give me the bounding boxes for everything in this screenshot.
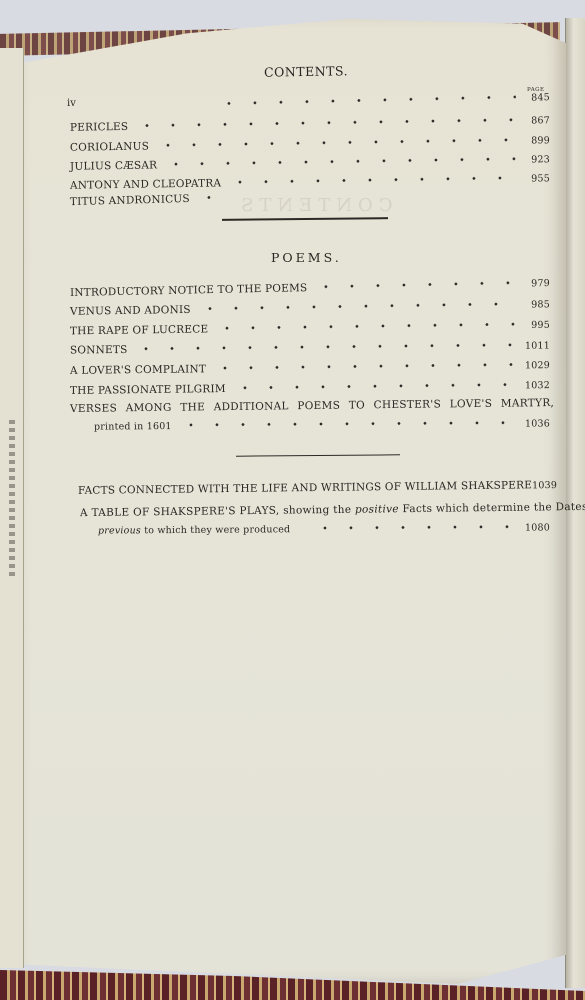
leader-dots [313,279,516,291]
entry-title: THE PASSIONATE PILGRIM [70,383,226,397]
entry-page: 1036 [522,418,550,429]
leader-dots [155,136,516,150]
entry-subtitle-italic: previous [98,525,141,536]
toc-entry-table[interactable]: previous to which they were produced 108… [98,522,550,541]
entry-page: 985 [522,299,550,310]
toc-entry[interactable]: PERICLES 867 [70,114,550,138]
entry-page: 979 [522,278,550,290]
toc-entry[interactable]: TITUS ANDRONICUS [70,192,230,212]
leader-dots [212,360,516,372]
entry-page: 1080 [522,522,550,533]
entry-page: 955 [522,173,550,184]
section-heading-poems: POEMS. [271,250,342,265]
entry-title: ANTONY AND CLEOPATRA [70,177,221,191]
toc-entry-facts[interactable]: FACTS CONNECTED WITH THE LIFE AND WRITIN… [78,479,550,501]
entry-page: 1032 [522,380,550,391]
entry-title: VENUS AND ADONIS [70,304,191,318]
entry-title-caps: A TABLE OF SHAKSPERE'S PLAYS, [80,505,280,519]
entry-title: PERICLES [70,121,128,134]
toc-entry-verses[interactable]: printed in 1601 1036 [94,418,550,437]
toc-entry[interactable]: A LOVER'S COMPLAINT 1029 [70,359,550,381]
entry-title-italic: positive [355,503,399,516]
leader-dots [134,116,516,130]
entry-title-text: Facts which determine the Dates [399,501,585,515]
section-divider [222,217,388,220]
entry-page: 1011 [522,340,550,351]
toc-entry[interactable]: 845 [210,92,550,116]
entry-page: 923 [522,154,550,165]
leader-dots [178,419,516,429]
toc-entry[interactable]: ANTONY AND CLEOPATRA 955 [70,172,550,196]
entry-title: THE RAPE OF LUCRECE [70,323,208,337]
show-through-text: CONTENTS [235,195,393,216]
leader-dots [133,341,516,353]
leader-dots [227,174,516,187]
entry-page: 867 [522,115,550,126]
roman-page-number: iv [67,98,76,109]
toc-entry[interactable]: VENUS AND ADONIS 985 [70,298,550,322]
entry-title: FACTS CONNECTED WITH THE LIFE AND WRITIN… [78,479,532,497]
leader-dots [214,320,516,332]
leader-dots [312,523,516,532]
leader-dots [196,193,224,202]
entry-title: SONNETS [70,344,128,357]
entry-title: TITUS ANDRONICUS [70,193,190,208]
entry-page: 1039 [532,480,557,491]
entry-page: 845 [522,92,550,104]
entry-title: INTRODUCTORY NOTICE TO THE POEMS [70,282,308,299]
page-title: CONTENTS. [264,63,348,79]
toc-entry[interactable]: THE RAPE OF LUCRECE 995 [70,319,550,342]
entry-title: A LOVER'S COMPLAINT [70,363,206,377]
entry-title: CORIOLANUS [70,141,149,154]
entry-subtitle: printed in 1601 [94,421,172,433]
leader-dots [197,300,516,313]
entry-page: 899 [522,135,550,146]
leader-dots [163,155,516,169]
entry-page: 1029 [522,360,550,371]
leader-dots [216,93,516,108]
toc-entry-table-title[interactable]: A TABLE OF SHAKSPERE'S PLAYS, showing th… [80,501,585,519]
contents-page: CONTENTS CONTENTS. iv PAGE 845 PERICLES … [0,0,585,1000]
leader-dots [232,380,516,391]
section-divider [236,454,400,457]
toc-entry[interactable]: SONNETS 1011 [70,339,550,360]
entry-title-text: showing the [279,504,355,517]
entry-page: 995 [522,320,550,331]
entry-subtitle: to which they were produced [141,524,290,536]
entry-title: JULIUS CÆSAR [70,159,157,172]
